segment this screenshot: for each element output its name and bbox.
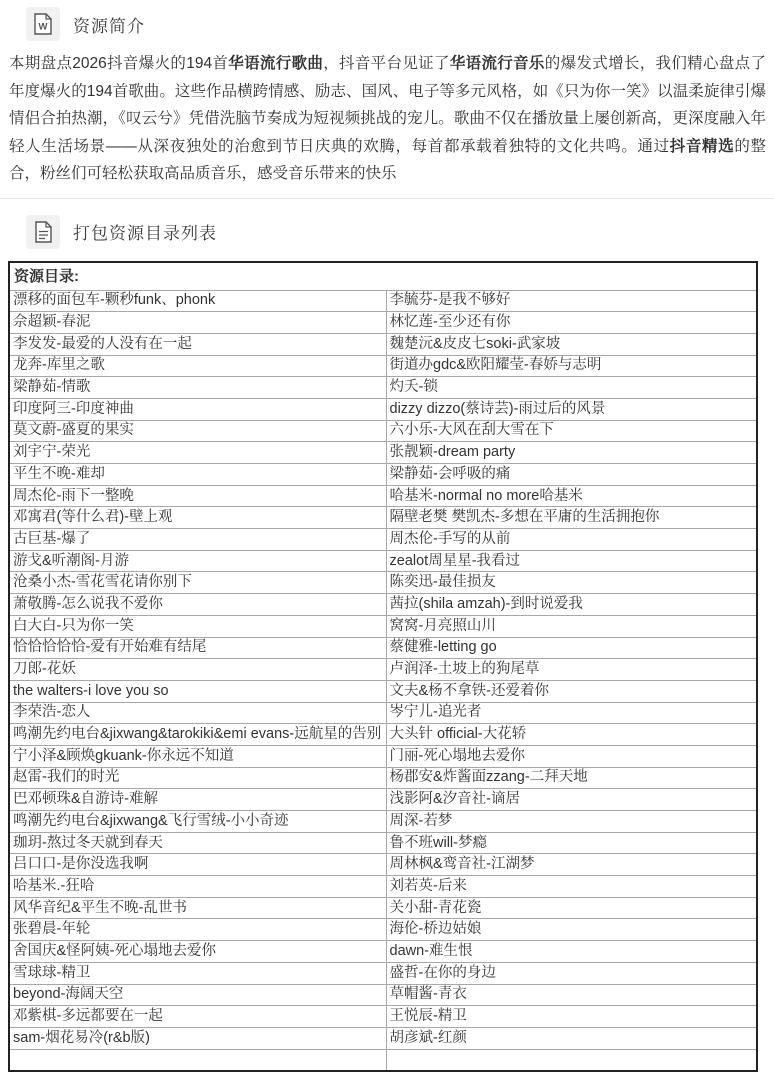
song-cell-left: 古巨基-爆了 bbox=[9, 529, 386, 551]
song-cell-right: 王悦辰-精卫 bbox=[386, 1006, 757, 1028]
song-cell-right: 大头针 official-大花轿 bbox=[386, 724, 757, 746]
song-cell-left: 鸣潮先约电台&jixwang&tarokiki&emi evans-远航星的告别 bbox=[9, 724, 386, 746]
song-cell-left: 邓寓君(等什么君)-壁上观 bbox=[9, 507, 386, 529]
song-cell-right: 梁静茹-会呼吸的痛 bbox=[386, 464, 757, 486]
table-row: 白大白-只为你一笑 窝窝-月亮照山川 bbox=[9, 615, 757, 637]
table-row: 张碧晨-年轮 海伦-桥边姑娘 bbox=[9, 919, 757, 941]
song-cell-right: 蔡健雅-letting go bbox=[386, 637, 757, 659]
table-row: beyond-海阔天空 草帽酱-青衣 bbox=[9, 984, 757, 1006]
table-row: 沧桑小杰-雪花雪花请你别下 陈奕迅-最佳损友 bbox=[9, 572, 757, 594]
table-row: 刀郎-花妖 卢润泽-土坡上的狗尾草 bbox=[9, 659, 757, 681]
song-cell-left: 风华音纪&平生不晚-乱世书 bbox=[9, 897, 386, 919]
table-row: 龙奔-库里之歌 街道办gdc&欧阳耀莹-春娇与志明 bbox=[9, 355, 757, 377]
table-row: 吕口口-是你没选我啊 周林枫&鸾音社-江湖梦 bbox=[9, 854, 757, 876]
song-cell-left: 萧敬腾-怎么说我不爱你 bbox=[9, 594, 386, 616]
song-cell-left: 李发发-最爱的人没有在一起 bbox=[9, 333, 386, 355]
table-row: the walters-i love you so 文夫&杨不拿铁-还爱着你 bbox=[9, 680, 757, 702]
song-cell-left: 张碧晨-年轮 bbox=[9, 919, 386, 941]
table-row: 印度阿三-印度神曲 dizzy dizzo(蔡诗芸)-雨过后的风景 bbox=[9, 398, 757, 420]
song-cell-right: 海伦-桥边姑娘 bbox=[386, 919, 757, 941]
table-row: 佘超颖-春泥 林忆莲-至少还有你 bbox=[9, 312, 757, 334]
table-row: 邓紫棋-多远都要在一起 王悦辰-精卫 bbox=[9, 1006, 757, 1028]
table-row: 刘宇宁-荣光 张靓颖-dream party bbox=[9, 442, 757, 464]
song-cell-left: 游戈&听潮阁-月游 bbox=[9, 550, 386, 572]
table-row: 鸣潮先约电台&jixwang&飞行雪绒-小小奇迹 周深-若梦 bbox=[9, 811, 757, 833]
resource-catalog-table: 资源目录: 漂移的面包车-颗秒funk、phonk 李毓芬-是我不够好 佘超颖-… bbox=[8, 261, 758, 1073]
song-cell-right: 哈基米-normal no more哈基米 bbox=[386, 485, 757, 507]
song-cell-right: dizzy dizzo(蔡诗芸)-雨过后的风景 bbox=[386, 398, 757, 420]
song-cell-left: 刀郎-花妖 bbox=[9, 659, 386, 681]
intro-text-segment: 本期盘点2026抖音爆火的194首 bbox=[9, 55, 228, 72]
table-row: 鸣潮先约电台&jixwang&tarokiki&emi evans-远航星的告别… bbox=[9, 724, 757, 746]
song-cell-right: 陈奕迅-最佳损友 bbox=[386, 572, 757, 594]
song-cell-left: sam-烟花易冷(r&b版) bbox=[9, 1027, 386, 1049]
table-row: 恰恰恰恰恰-爱有开始难有结尾 蔡健雅-letting go bbox=[9, 637, 757, 659]
song-cell-right: 胡彦斌-红颜 bbox=[386, 1027, 757, 1049]
song-cell-right: 周深-若梦 bbox=[386, 811, 757, 833]
song-cell-right: 隔壁老樊 樊凯杰-多想在平庸的生活拥抱你 bbox=[386, 507, 757, 529]
section-divider bbox=[0, 198, 774, 199]
song-cell-right: 周林枫&鸾音社-江湖梦 bbox=[386, 854, 757, 876]
table-row: 李荣浩-恋人 岑宁儿-追光者 bbox=[9, 702, 757, 724]
song-cell-left: 白大白-只为你一笑 bbox=[9, 615, 386, 637]
table-row: 梁静茹-情歌 灼夭-锁 bbox=[9, 377, 757, 399]
song-cell-left: 雪球球-精卫 bbox=[9, 962, 386, 984]
document-list-icon bbox=[26, 215, 60, 249]
song-cell-left: 宁小泽&顾焕gkuank-你永远不知道 bbox=[9, 745, 386, 767]
song-cell-left: 珈玥-熬过冬天就到春天 bbox=[9, 832, 386, 854]
table-row: 珈玥-熬过冬天就到春天 鲁不班will-梦瘾 bbox=[9, 832, 757, 854]
song-cell-right: 杨郡安&炸酱面zzang-二拜天地 bbox=[386, 767, 757, 789]
intro-text-segment: 抖音精选 bbox=[670, 138, 735, 155]
table-row: 舍国庆&怪阿姨-死心塌地去爱你 dawn-难生恨 bbox=[9, 941, 757, 963]
song-cell-left: 巴邓顿珠&自游诗-难解 bbox=[9, 789, 386, 811]
song-cell-left: 漂移的面包车-颗秒funk、phonk bbox=[9, 290, 386, 312]
table-row: 巴邓顿珠&自游诗-难解 浅影阿&汐音社-谪居 bbox=[9, 789, 757, 811]
table-row: sam-烟花易冷(r&b版) 胡彦斌-红颜 bbox=[9, 1027, 757, 1049]
song-cell-left: 舍国庆&怪阿姨-死心塌地去爱你 bbox=[9, 941, 386, 963]
song-cell-left: 沧桑小杰-雪花雪花请你别下 bbox=[9, 572, 386, 594]
song-cell-right: zealot周星星-我看过 bbox=[386, 550, 757, 572]
song-cell-right: 周杰伦-手写的从前 bbox=[386, 529, 757, 551]
intro-paragraph: 本期盘点2026抖音爆火的194首华语流行歌曲，抖音平台见证了华语流行音乐的爆发… bbox=[9, 50, 766, 188]
song-cell-right: 张靓颖-dream party bbox=[386, 442, 757, 464]
song-cell-left: 邓紫棋-多远都要在一起 bbox=[9, 1006, 386, 1028]
song-cell-right: 草帽酱-青衣 bbox=[386, 984, 757, 1006]
song-cell-left: 赵雷-我们的时光 bbox=[9, 767, 386, 789]
song-cell-right: 灼夭-锁 bbox=[386, 377, 757, 399]
table-row: 哈基米.-狂哈 刘若英-后来 bbox=[9, 876, 757, 898]
song-cell-right: 六小乐-大风在刮大雪在下 bbox=[386, 420, 757, 442]
table-row: 漂移的面包车-颗秒funk、phonk 李毓芬-是我不够好 bbox=[9, 290, 757, 312]
intro-text-segment: 华语流行歌曲 bbox=[228, 55, 323, 72]
song-cell-right: 盛哲-在你的身边 bbox=[386, 962, 757, 984]
table-row: 平生不晚-难却 梁静茹-会呼吸的痛 bbox=[9, 464, 757, 486]
word-file-icon: W bbox=[26, 7, 60, 41]
song-cell-right: 茜拉(shila amzah)-到时说爱我 bbox=[386, 594, 757, 616]
song-cell-right: 鲁不班will-梦瘾 bbox=[386, 832, 757, 854]
table-row: 风华音纪&平生不晚-乱世书 关小甜-青花瓷 bbox=[9, 897, 757, 919]
catalog-caption-row: 资源目录: bbox=[9, 262, 757, 291]
table-row: 邓寓君(等什么君)-壁上观 隔壁老樊 樊凯杰-多想在平庸的生活拥抱你 bbox=[9, 507, 757, 529]
song-cell-left: 梁静茹-情歌 bbox=[9, 377, 386, 399]
song-cell-left: 周杰伦-雨下一整晚 bbox=[9, 485, 386, 507]
song-cell-right: 魏楚沅&皮皮七soki-武家坡 bbox=[386, 333, 757, 355]
table-row: 宁小泽&顾焕gkuank-你永远不知道 门丽-死心塌地去爱你 bbox=[9, 745, 757, 767]
song-cell-left: 吕口口-是你没选我啊 bbox=[9, 854, 386, 876]
song-cell-right: 林忆莲-至少还有你 bbox=[386, 312, 757, 334]
song-cell-left: 莫文蔚-盛夏的果实 bbox=[9, 420, 386, 442]
page-title-list: 打包资源目录列表 bbox=[73, 219, 217, 244]
page-title-intro: 资源简介 bbox=[73, 12, 145, 37]
song-cell-left: 龙奔-库里之歌 bbox=[9, 355, 386, 377]
table-row: 萧敬腾-怎么说我不爱你 茜拉(shila amzah)-到时说爱我 bbox=[9, 594, 757, 616]
catalog-caption: 资源目录: bbox=[9, 262, 757, 291]
song-cell-right: 门丽-死心塌地去爱你 bbox=[386, 745, 757, 767]
song-cell-left: 李荣浩-恋人 bbox=[9, 702, 386, 724]
table-row: 雪球球-精卫 盛哲-在你的身边 bbox=[9, 962, 757, 984]
song-cell-right: 窝窝-月亮照山川 bbox=[386, 615, 757, 637]
table-row: 赵雷-我们的时光 杨郡安&炸酱面zzang-二拜天地 bbox=[9, 767, 757, 789]
song-cell-left: beyond-海阔天空 bbox=[9, 984, 386, 1006]
song-cell-left: 佘超颖-春泥 bbox=[9, 312, 386, 334]
song-cell-left: 平生不晚-难却 bbox=[9, 464, 386, 486]
song-cell-left: 鸣潮先约电台&jixwang&飞行雪绒-小小奇迹 bbox=[9, 811, 386, 833]
song-cell-left: 刘宇宁-荣光 bbox=[9, 442, 386, 464]
song-cell-left: 恰恰恰恰恰-爱有开始难有结尾 bbox=[9, 637, 386, 659]
svg-text:W: W bbox=[39, 22, 48, 33]
song-cell-right: 关小甜-青花瓷 bbox=[386, 897, 757, 919]
song-cell-right bbox=[386, 1049, 757, 1071]
song-cell-left: the walters-i love you so bbox=[9, 680, 386, 702]
song-cell-right: 李毓芬-是我不够好 bbox=[386, 290, 757, 312]
section-header-intro: W 资源简介 bbox=[26, 0, 774, 41]
intro-text-segment: ，抖音平台见证了 bbox=[323, 55, 450, 72]
song-cell-left: 哈基米.-狂哈 bbox=[9, 876, 386, 898]
song-cell-left bbox=[9, 1049, 386, 1071]
table-row: 李发发-最爱的人没有在一起 魏楚沅&皮皮七soki-武家坡 bbox=[9, 333, 757, 355]
table-row: 游戈&听潮阁-月游 zealot周星星-我看过 bbox=[9, 550, 757, 572]
table-row bbox=[9, 1049, 757, 1071]
table-row: 古巨基-爆了 周杰伦-手写的从前 bbox=[9, 529, 757, 551]
section-header-list: 打包资源目录列表 bbox=[26, 215, 774, 249]
intro-text-segment: 华语流行音乐 bbox=[450, 55, 545, 72]
song-cell-right: 刘若英-后来 bbox=[386, 876, 757, 898]
song-cell-right: dawn-难生恨 bbox=[386, 941, 757, 963]
table-row: 莫文蔚-盛夏的果实 六小乐-大风在刮大雪在下 bbox=[9, 420, 757, 442]
song-cell-right: 文夫&杨不拿铁-还爱着你 bbox=[386, 680, 757, 702]
song-cell-right: 岑宁儿-追光者 bbox=[386, 702, 757, 724]
song-cell-right: 浅影阿&汐音社-谪居 bbox=[386, 789, 757, 811]
song-cell-left: 印度阿三-印度神曲 bbox=[9, 398, 386, 420]
table-row: 周杰伦-雨下一整晚 哈基米-normal no more哈基米 bbox=[9, 485, 757, 507]
song-cell-right: 卢润泽-土坡上的狗尾草 bbox=[386, 659, 757, 681]
song-cell-right: 街道办gdc&欧阳耀莹-春娇与志明 bbox=[386, 355, 757, 377]
